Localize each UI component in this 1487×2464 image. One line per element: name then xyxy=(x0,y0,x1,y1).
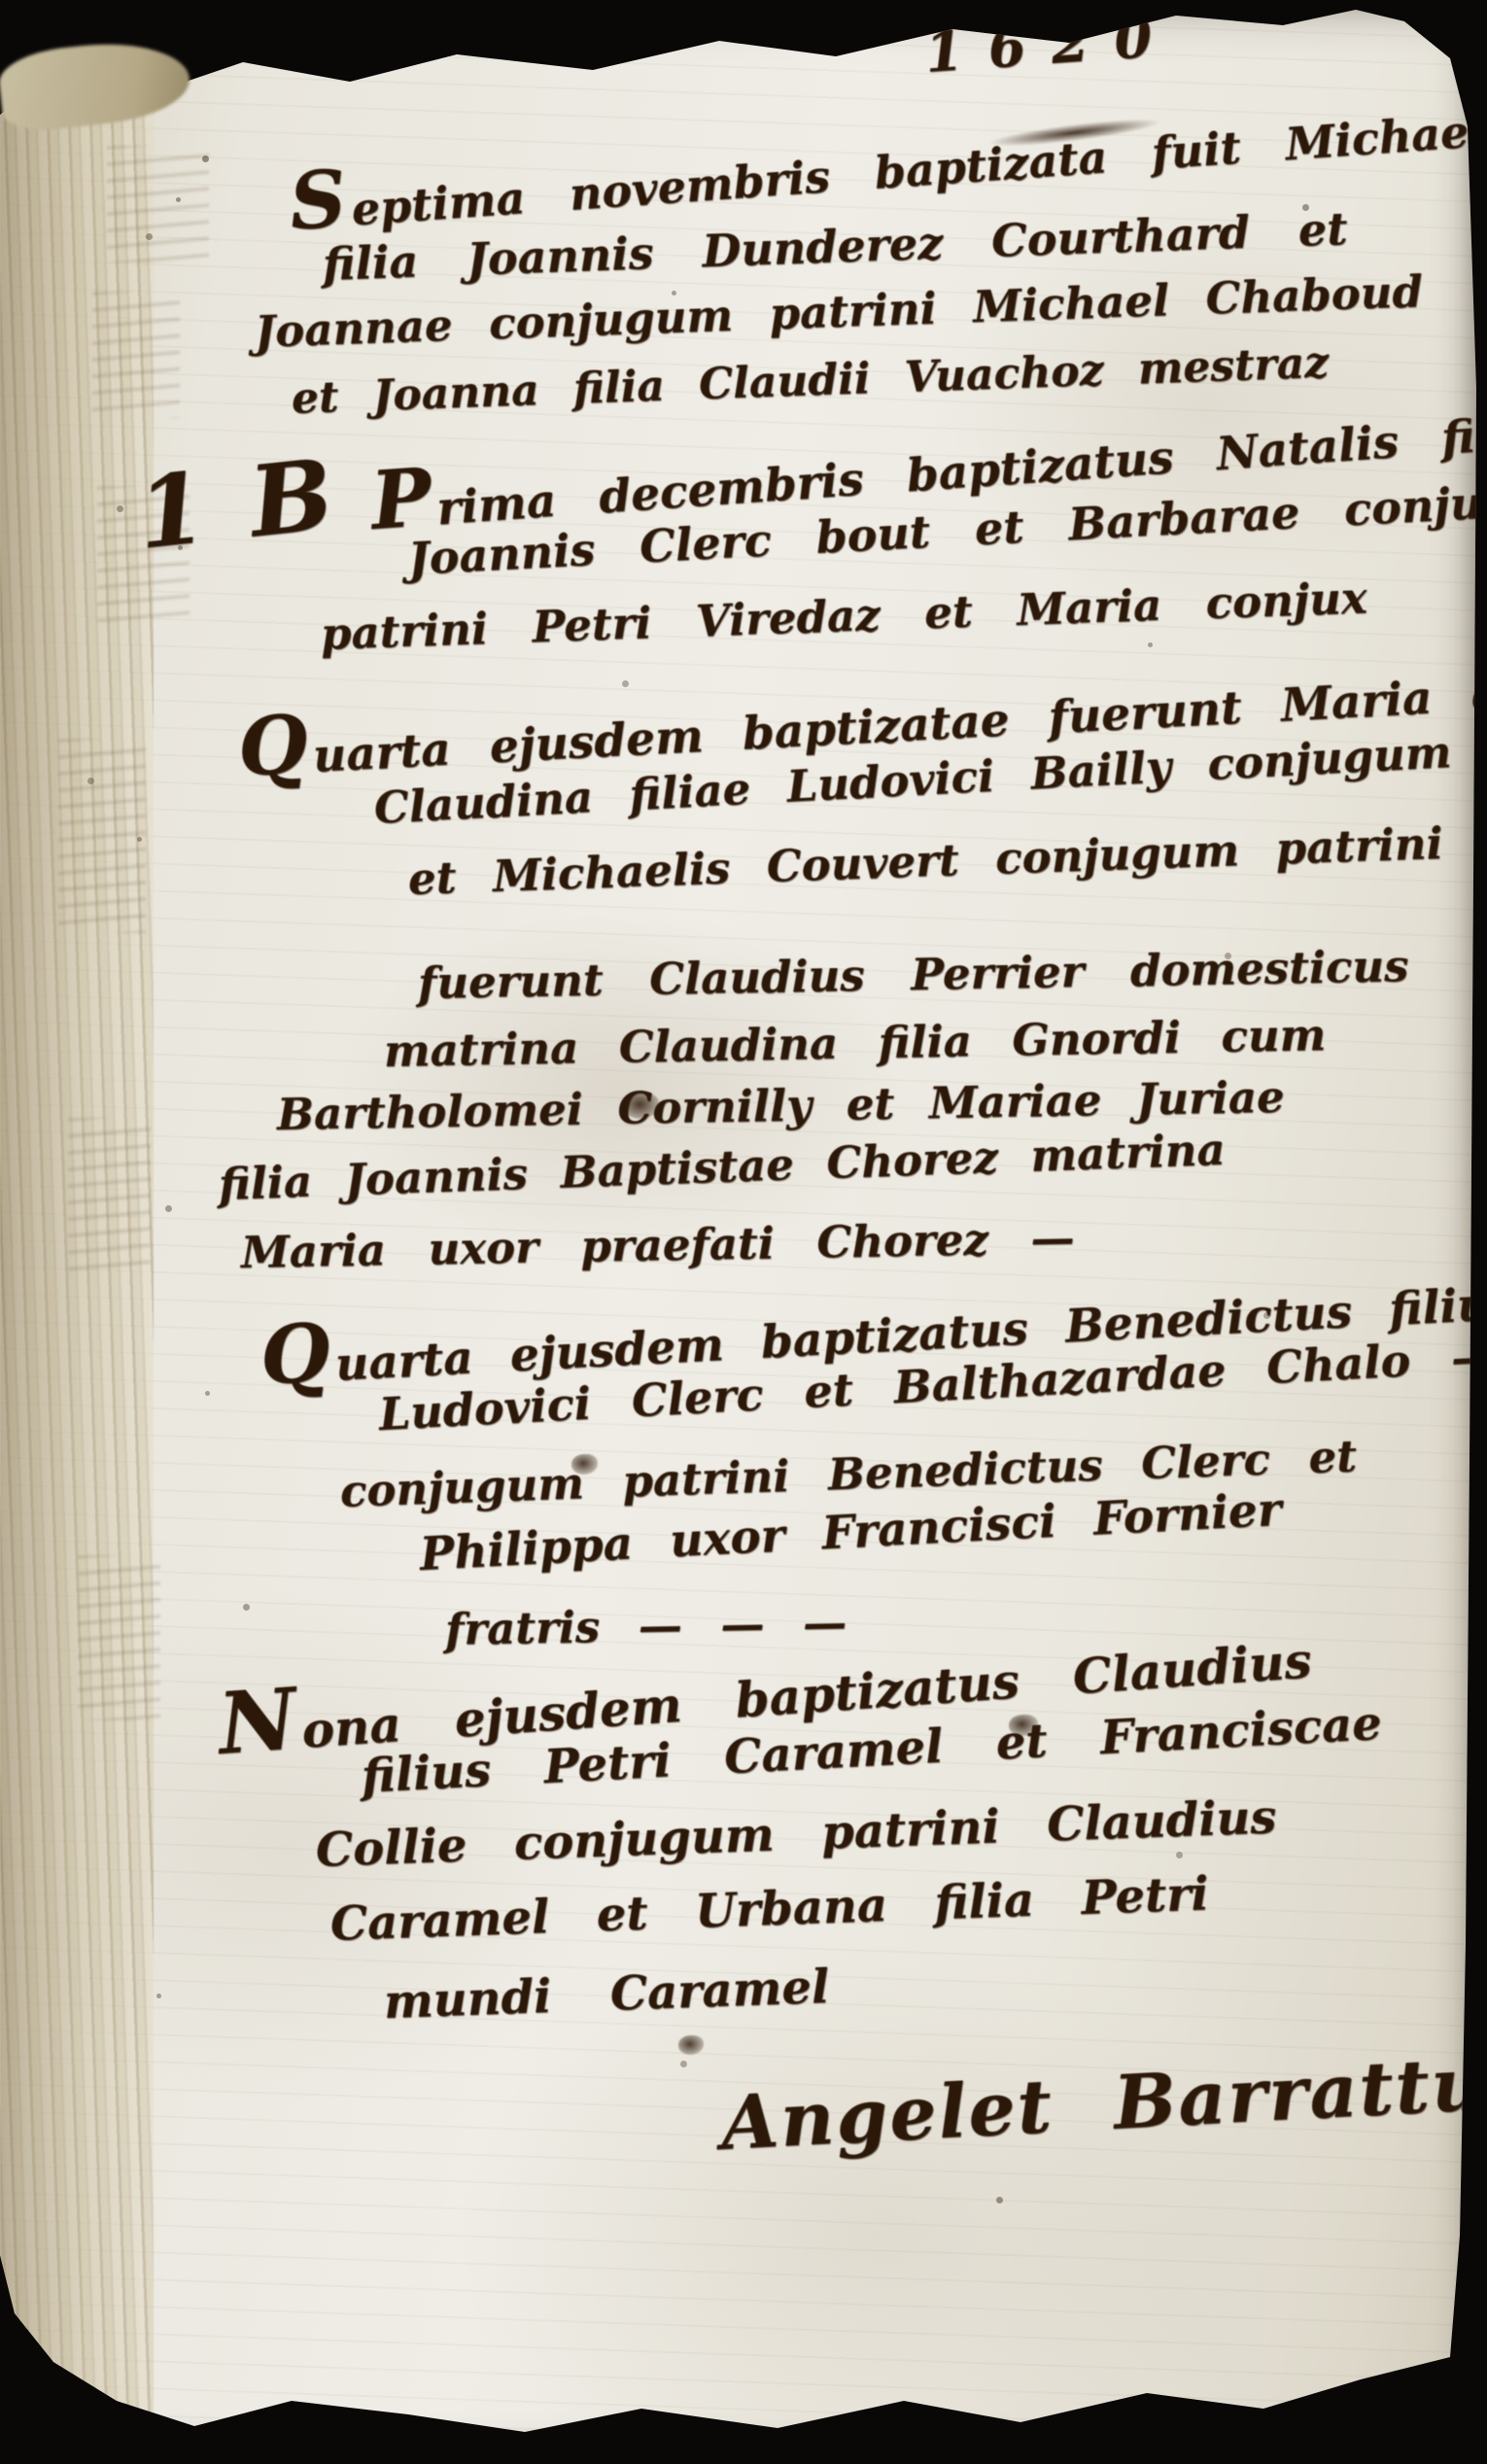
manuscript-line: matrina Claudina filia Gnordi cum xyxy=(384,1009,1327,1077)
margin-mark: 1 B xyxy=(132,436,344,572)
manuscript-line: Collie conjugum patrini Claudius xyxy=(315,1790,1277,1878)
ink-showthrough xyxy=(107,146,209,262)
ink-specks xyxy=(0,0,3,3)
ink-showthrough xyxy=(58,739,146,933)
manuscript-line: et Michaelis Couvert conjugum patrini xyxy=(407,817,1443,905)
manuscript-line: Caramel et Urbana filia Petri xyxy=(329,1866,1210,1952)
ink-showthrough xyxy=(78,1555,160,1720)
manuscript-line: mundi Caramel xyxy=(383,1960,830,2030)
priest-signature: Angelet Barrattus xyxy=(719,2037,1487,2167)
manuscript-line: Maria uxor praefati Chorez — xyxy=(241,1212,1075,1278)
ink-showthrough xyxy=(92,292,180,418)
manuscript-line: fuerunt Claudius Perrier domesticus xyxy=(418,940,1409,1009)
year-heading: 1620 xyxy=(923,4,1180,86)
ink-showthrough xyxy=(68,1118,151,1273)
photo-backdrop: 1620 Septima novembris baptizata fuit Mi… xyxy=(0,0,1487,2464)
ink-blot xyxy=(678,2035,704,2055)
manuscript-page: 1620 Septima novembris baptizata fuit Mi… xyxy=(0,0,1487,2464)
manuscript-line: patrini Petri Viredaz et Maria conjux xyxy=(320,572,1367,660)
